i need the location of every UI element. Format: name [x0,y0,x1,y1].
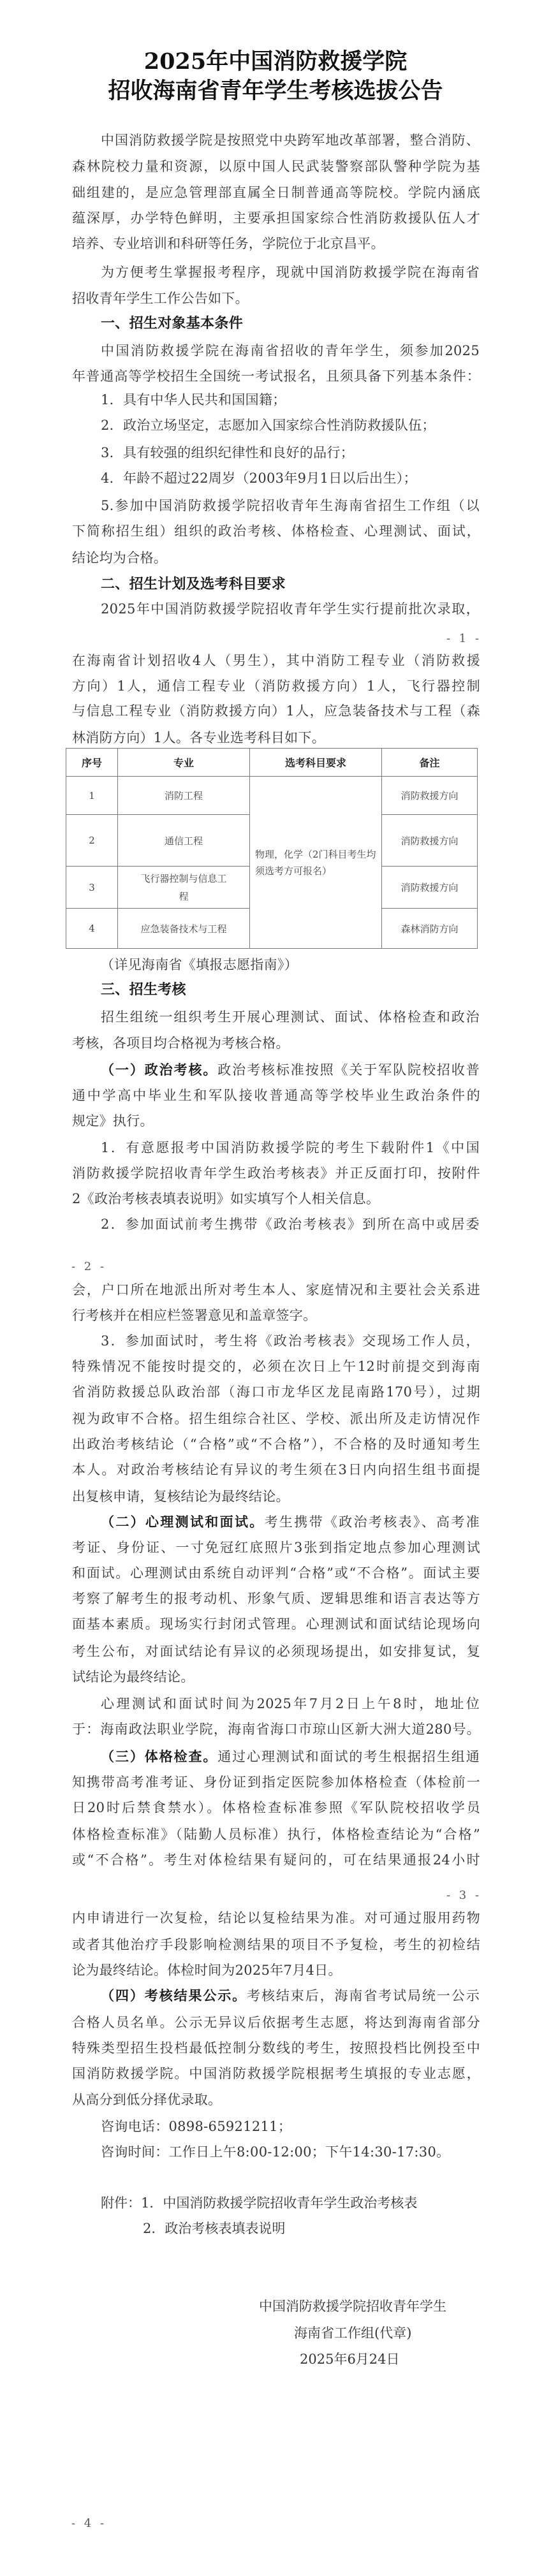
section-heading: 一、招生对象基本条件 [101,311,480,337]
paragraph-line: 为方便考生掌握报考程序，现就中国消防救援学院在海南省 [101,260,480,285]
paragraph-line: 面基本素质。现场实行封闭式管理。心理测试和面试结论现场向 [72,1611,480,1637]
table-header-row: 序号 专业 选考科目要求 备注 [66,749,478,777]
paragraph-line: 3．具有较强的组织纪律性和良好的品行； [101,440,480,465]
line-text: 省消防救援总队政治部（海口市龙华区龙昆南路170号），过期 [72,1384,480,1400]
paragraph-line: 咨询时间：工作日上午8:00-12:00；下午14:30-17:30。 [101,2139,480,2165]
paragraph-line: （二）心理测试和面试。考生携带《政治考核表》、高考准 [101,1509,480,1535]
table-header-cell: 专业 [118,749,250,777]
paragraph-line: 消防救援学院招收青年学生政治考核表》并正反面打印，按附件 [72,1160,480,1186]
line-text: 2．政治立场坚定，志愿加入国家综合性消防救援队伍； [101,418,436,433]
paragraph-line: 日20时后禁食禁水）。体格检查标准参照《军队院校招收学员 [72,1795,480,1820]
table-header-cell: 序号 [66,749,118,777]
line-text: 从高分到低分择优录取。 [72,2092,221,2107]
paragraph-line: 与信息工程专业（消防救援方向）1人，应急装备技术与工程（森 [72,698,480,724]
paragraph-line: （一）政治考核。政治考核标准按照《关于军队院校招收普 [101,1057,480,1083]
page-number: - 1 - [446,631,481,647]
paragraph-line: 心理测试和面试时间为2025年7月2日上午8时，地址位 [101,1691,480,1716]
paragraph-line: 试结论为最终结论。 [72,1664,480,1690]
subsection-heading: （二）心理测试和面试。 [101,1514,265,1530]
subsection-heading: （一）政治考核。 [101,1062,217,1078]
paragraph-line: 从高分到低分择优录取。 [72,2087,480,2112]
attachments-label: 附件： [101,2195,141,2211]
page-number: - 2 - [71,1259,107,1275]
paragraph-line: 咨询电话：0898-65921211； [101,2114,480,2139]
line-text: 合格人员名单。公示无异议后依据考生志愿，将达到海南省部分 [72,2015,480,2030]
document-page: 2025年中国消防救援学院 招收海南省青年学生考核选拔公告 中国消防救援学院是按… [0,0,551,2576]
line-text: 通中学高中毕业生和军队接收普通高等学校毕业生政治条件的 [72,1088,480,1103]
line-text: 出政治考核结论（“合格”或“不合格”），不合格的及时通知考生 [72,1437,480,1452]
subsection-heading: （三）体格检查。 [101,1749,217,1764]
line-text: 出复核申请，复核结论为最终结论。 [72,1489,290,1504]
line-text: 3．具有较强的组织纪律性和良好的品行； [101,445,354,460]
line-text: 中国消防救援学院在海南省招收的青年学生，须参加2025 [101,343,480,358]
line-text: 三、招生考核 [101,982,186,998]
signature-org-line1: 中国消防救援学院招收青年学生 [259,2294,446,2319]
paragraph-line: 年普通高等学校招生全国统一考试报名，且须具备下列基本条件： [72,363,480,389]
line-text: 础组建的，是应急管理部直属全日制普通高等院校。学院内涵底 [72,185,480,200]
paragraph-line: 内申请进行一次复检，结论以复检结果为准。对可通过服用药物 [72,1905,480,1931]
paragraph-line: 考核，各项目均合格视为考核合格。 [72,1030,480,1056]
section-heading: 三、招生考核 [101,977,480,1003]
table-header-cell: 备注 [382,749,478,777]
paragraph-line: 础组建的，是应急管理部直属全日制普通高等院校。学院内涵底 [72,180,480,205]
paragraph-line: 合格人员名单。公示无异议后依据考生志愿，将达到海南省部分 [72,2010,480,2035]
line-text: 一、招生对象基本条件 [101,316,243,332]
line-text: 考证、身份证、一寸免冠红底照片3张到指定地点参加心理测试 [72,1540,480,1555]
paragraph-line: 5.参加中国消防救援学院招收青年生海南省招生工作组（以 [101,493,480,518]
table-cell-major: 飞行器控制与信息工程 [118,867,250,909]
line-text: （详见海南省《填报志愿指南》） [101,957,298,972]
paragraph-line: 招生组统一组织考生开展心理测试、面试、体格检查和政治 [101,1004,480,1030]
paragraph-line: 论为最终结论。体检时间为2025年7月4日。 [72,1958,480,1983]
line-text: 5.参加中国消防救援学院招收青年生海南省招生工作组（以 [101,498,480,513]
line-text: 在海南省计划招收4人（男生），其中消防工程专业（消防救援 [72,653,480,668]
paragraph-line: 3．参加面试时，考生将《政治考核表》交现场工作人员， [101,1328,480,1354]
line-text: 考核结束后，海南省考试局统一公示 [247,1988,480,2003]
paragraph-line: 1．具有中华人民共和国国籍； [101,387,480,413]
paragraph-line: 2．政治立场坚定，志愿加入国家综合性消防救援队伍； [101,413,480,438]
line-text: 政治考核标准按照《关于军队院校招收普 [217,1062,480,1078]
line-text: 消防救援学院招收青年学生政治考核表》并正反面打印，按附件 [72,1166,480,1181]
paragraph-line: 于：海南政法职业学院，海南省海口市琼山区新大洲大道280号。 [72,1716,480,1742]
line-text: 会，户口所在地派出所对考生本人、家庭情况和主要社会关系进 [72,1282,480,1298]
paragraph-line: 会，户口所在地派出所对考生本人、家庭情况和主要社会关系进 [72,1277,480,1303]
table-cell-no: 1 [66,777,118,815]
section-heading: 二、招生计划及选考科目要求 [101,572,480,597]
paragraph-line: 省消防救援总队政治部（海口市龙华区龙昆南路170号），过期 [72,1379,480,1405]
paragraph-line: 方向）1人，通信工程专业（消防救援方向）1人，飞行器控制 [72,673,480,699]
line-text: 1．有意愿报考中国消防救援学院的考生下载附件1《中国 [101,1140,480,1155]
line-text: 与信息工程专业（消防救援方向）1人，应急装备技术与工程（森 [72,703,480,719]
line-text: 于：海南政法职业学院，海南省海口市琼山区新大洲大道280号。 [72,1722,480,1737]
paragraph-line: 2．参加面试前考生携带《政治考核表》到所在高中或居委 [101,1211,480,1237]
paragraph-line: 考察了解考生的报考动机、形象气质、逻辑思维和语言表达等方 [72,1586,480,1611]
paragraph-line: 森林院校力量和资源，以原中国人民武装警察部队警种学院为基 [72,154,480,179]
line-text: 考生公布，对面试结论有异议的必须现场提出，如安排复试，复 [72,1644,480,1659]
paragraph-line: 本人。对政治考核结论有异议的考生须在3日内向招生组书面提 [72,1457,480,1482]
line-text: 结论均为合格。 [72,550,167,566]
line-text: 招生组统一组织考生开展心理测试、面试、体格检查和政治 [101,1009,480,1025]
paragraph-line: 培养、专业培训和科研等任务，学院位于北京昌平。 [72,231,480,256]
line-text: 2《政治考核表填表说明》如实填写个人相关信息。 [72,1191,379,1206]
line-text: 1．具有中华人民共和国国籍； [101,392,286,407]
paragraph-line: 林消防方向）1人。各专业选考科目如下。 [72,725,480,750]
page-number: - 4 - [71,2516,107,2531]
signature-org-line2: 海南省工作组(代章) [294,2320,411,2346]
line-text: 为方便考生掌握报考程序，现就中国消防救援学院在海南省 [101,265,480,280]
line-text: 2025年中国消防救援学院招收青年学生实行提前批次录取， [101,601,480,617]
paragraph-line: 知携带高考准考证、身份证到指定医院参加体格检查（体检前一 [72,1769,480,1795]
paragraph-line: 体格检查标准》（陆勤人员标准）执行，体格检查结论为“合格” [72,1822,480,1847]
line-text: 规定》执行。 [72,1113,154,1129]
line-text: 森林院校力量和资源，以原中国人民武装警察部队警种学院为基 [72,159,480,174]
table-header-cell: 选考科目要求 [250,749,382,777]
line-text: 蕴深厚，办学特色鲜明，主要承担国家综合性消防救援队伍人才 [72,210,480,226]
paragraph-line: 视为政审不合格。招生组综合社区、学校、派出所及走访情况作 [72,1406,480,1431]
line-text: 二、招生计划及选考科目要求 [101,576,286,592]
paragraph-line: 结论均为合格。 [72,545,480,571]
paragraph-line: 中国消防救援学院是按照党中央跨军地改革部署，整合消防、 [101,128,480,153]
line-text: 通过心理测试和面试的考生根据招生组通 [217,1749,480,1764]
paragraph-line: 考生公布，对面试结论有异议的必须现场提出，如安排复试，复 [72,1639,480,1664]
paragraph-line: 特殊情况不能按时提交的，必须在次日上午12时前提交到海南 [72,1354,480,1379]
line-text: 中国消防救援学院是按照党中央跨军地改革部署，整合消防、 [101,133,480,148]
line-text: 年普通高等学校招生全国统一考试报名，且须具备下列基本条件： [72,369,480,384]
paragraph-line: 蕴深厚，办学特色鲜明，主要承担国家综合性消防救援队伍人才 [72,205,480,231]
line-text: 特殊类型招生投档最低控制分数线的考生，按照投档比例投至中 [72,2040,480,2056]
table-cell-note: 消防救援方向 [382,815,478,867]
paragraph-line: 在海南省计划招收4人（男生），其中消防工程专业（消防救援 [72,648,480,673]
line-text: 国消防救援学院。中国消防救援学院根据考生填报的专业志愿， [72,2066,480,2081]
line-text: 考生携带《政治考核表》、高考准 [265,1514,480,1530]
paragraph-line: 通中学高中毕业生和军队接收普通高等学校毕业生政治条件的 [72,1083,480,1108]
attachment-item: 2．政治考核表填表说明 [143,2216,285,2241]
line-text: 行考核并在相应栏签署意见和盖章签字。 [72,1308,316,1323]
line-text: 方向）1人，通信工程专业（消防救援方向）1人，飞行器控制 [72,678,480,694]
table-cell-major: 应急装备技术与工程 [118,909,250,949]
paragraph-line: 招收青年学生工作公告如下。 [72,286,480,311]
paragraph-line: （详见海南省《填报志愿指南》） [101,952,480,977]
line-text: 面基本素质。现场实行封闭式管理。心理测试和面试结论现场向 [72,1616,480,1632]
table-cell-requirement: 物理，化学（2门科目考生均须选考方可报名） [250,777,382,949]
line-text: 特殊情况不能按时提交的，必须在次日上午12时前提交到海南 [72,1359,480,1374]
paragraph-line: 规定》执行。 [72,1108,480,1134]
paragraph-line: 考证、身份证、一寸免冠红底照片3张到指定地点参加心理测试 [72,1535,480,1560]
table-cell-note: 消防救援方向 [382,867,478,909]
paragraph-line: 和面试。心理测试由系统自动评判“合格”或“不合格”。面试主要 [72,1560,480,1586]
paragraph-line: 2025年中国消防救援学院招收青年学生实行提前批次录取， [101,596,480,622]
line-text: 试结论为最终结论。 [72,1669,195,1685]
line-text: 体格检查标准》（陆勤人员标准）执行，体格检查结论为“合格” [72,1827,480,1842]
paragraph-line: 2《政治考核表填表说明》如实填写个人相关信息。 [72,1186,480,1211]
paragraph-line: 或者其他治疗手段影响检测结果的项目不予复检，考生的初检结 [72,1932,480,1958]
page-number: - 3 - [446,1888,481,1903]
table-cell-major: 通信工程 [118,815,250,867]
document-title-line1: 2025年中国消防救援学院 [0,47,551,77]
document-title-line2: 招收海南省青年学生考核选拔公告 [0,77,551,106]
paragraph-line: 行考核并在相应栏签署意见和盖章签字。 [72,1303,480,1328]
line-text: 培养、专业培训和科研等任务，学院位于北京昌平。 [72,236,385,251]
paragraph-line: 出复核申请，复核结论为最终结论。 [72,1484,480,1509]
table-cell-major: 消防工程 [118,777,250,815]
line-text: 本人。对政治考核结论有异议的考生须在3日内向招生组书面提 [72,1462,480,1477]
line-text: 论为最终结论。体检时间为2025年7月4日。 [72,1963,342,1978]
paragraph-line: 下简称招生组）组织的政治考核、体格检查、心理测试、面试， [72,518,480,544]
line-text: 咨询电话：0898-65921211； [101,2119,291,2134]
line-text: 内申请进行一次复检，结论以复检结果为准。对可通过服用药物 [72,1910,480,1926]
signature-date: 2025年6月24日 [300,2346,400,2372]
table-cell-note: 森林消防方向 [382,909,478,949]
line-text: 日20时后禁食禁水）。体格检查标准参照《军队院校招收学员 [72,1800,480,1815]
line-text: 心理测试和面试时间为2025年7月2日上午8时，地址位 [101,1696,480,1711]
line-text: 招收青年学生工作公告如下。 [72,291,249,306]
line-text: 咨询时间：工作日上午8:00-12:00；下午14:30-17:30。 [101,2144,450,2160]
table-cell-no: 2 [66,815,118,867]
table-cell-no: 3 [66,867,118,909]
paragraph-line: 中国消防救援学院在海南省招收的青年学生，须参加2025 [101,338,480,363]
line-text: 或者其他治疗手段影响检测结果的项目不予复检，考生的初检结 [72,1937,480,1952]
paragraph-line: （四）考核结果公示。考核结束后，海南省考试局统一公示 [101,1983,480,2009]
paragraph-line: 或“不合格”。考生对体检结果有疑问的，可在结果通报24小时 [72,1847,480,1873]
line-text: 2．参加面试前考生携带《政治考核表》到所在高中或居委 [101,1217,480,1232]
paragraph-line: （三）体格检查。通过心理测试和面试的考生根据招生组通 [101,1744,480,1769]
paragraph-line: 国消防救援学院。中国消防救援学院根据考生填报的专业志愿， [72,2061,480,2086]
line-text: 视为政审不合格。招生组综合社区、学校、派出所及走访情况作 [72,1411,480,1426]
line-text: 林消防方向）1人。各专业选考科目如下。 [72,730,325,745]
line-text: 下简称招生组）组织的政治考核、体格检查、心理测试、面试， [72,523,480,539]
paragraph-line: 出政治考核结论（“合格”或“不合格”），不合格的及时通知考生 [72,1431,480,1457]
attachment-item: 1．中国消防救援学院招收青年学生政治考核表 [141,2195,417,2211]
table-cell-no: 4 [66,909,118,949]
subsection-heading: （四）考核结果公示。 [101,1988,247,2003]
paragraph-line: 特殊类型招生投档最低控制分数线的考生，按照投档比例投至中 [72,2035,480,2061]
table-cell-note: 消防救援方向 [382,777,478,815]
line-text: 知携带高考准考证、身份证到指定医院参加体格检查（体检前一 [72,1775,480,1790]
attachments-block: 附件：1．中国消防救援学院招收青年学生政治考核表 [101,2190,417,2216]
line-text: 和面试。心理测试由系统自动评判“合格”或“不合格”。面试主要 [72,1565,480,1581]
line-text: 或“不合格”。考生对体检结果有疑问的，可在结果通报24小时 [72,1852,480,1868]
line-text: 考核，各项目均合格视为考核合格。 [72,1036,290,1051]
paragraph-line: 1．有意愿报考中国消防救援学院的考生下载附件1《中国 [101,1135,480,1160]
paragraph-line: 4．年龄不超过22周岁（2003年9月1日以后出生）； [101,465,480,491]
line-text: 3．参加面试时，考生将《政治考核表》交现场工作人员， [101,1333,480,1349]
enrollment-plan-table: 序号 专业 选考科目要求 备注 1 消防工程 物理，化学（2门科目考生均须选考方… [66,748,478,949]
line-text: 4．年龄不超过22周岁（2003年9月1日以后出生）； [101,471,417,486]
table-row: 1 消防工程 物理，化学（2门科目考生均须选考方可报名） 消防救援方向 [66,777,478,815]
line-text: 考察了解考生的报考动机、形象气质、逻辑思维和语言表达等方 [72,1591,480,1606]
